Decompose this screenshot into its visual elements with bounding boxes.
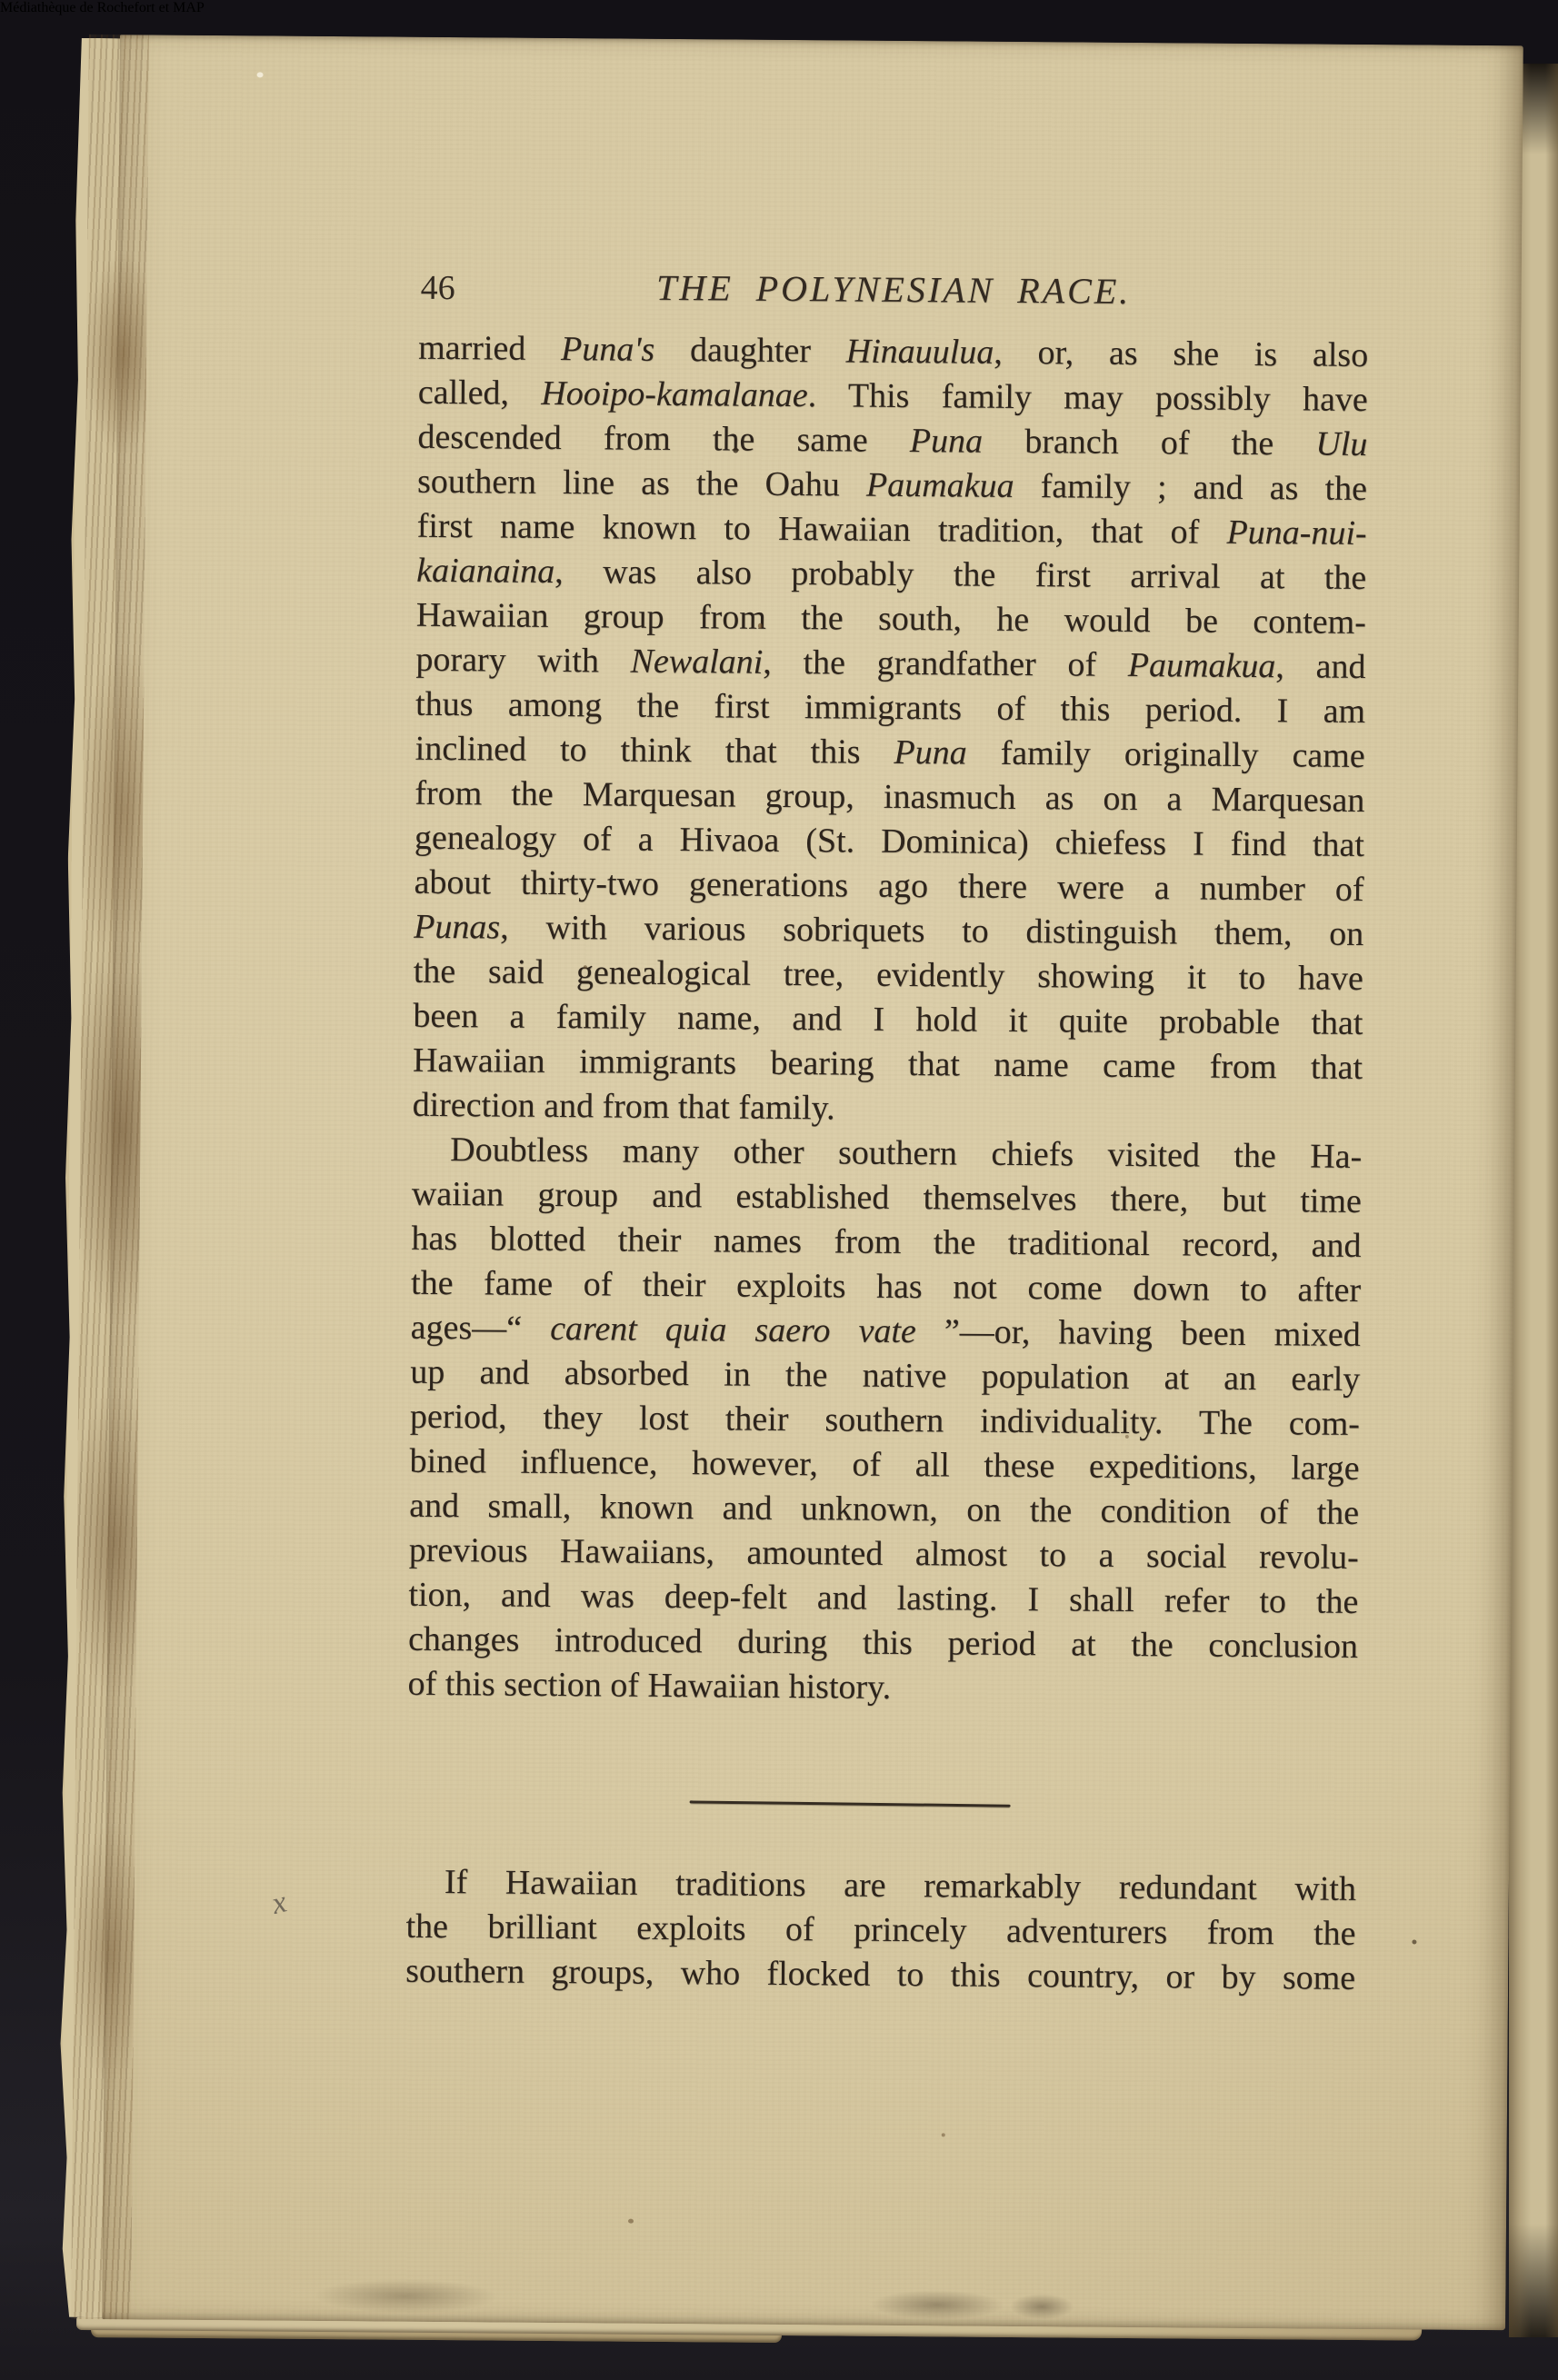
- text-line: and small, known and unknown, on the con…: [409, 1484, 1359, 1536]
- bottom-edge-smudge: [278, 2272, 533, 2321]
- text-line: Hawaiian group from the south, he would …: [416, 593, 1366, 645]
- italic-term: Ulu: [1315, 425, 1367, 463]
- paragraph: Doubtless many other southern chiefs vis…: [407, 1128, 1362, 1714]
- italic-term: Paumakua: [866, 466, 1014, 505]
- text-line: up and absorbed in the native population…: [410, 1350, 1360, 1402]
- text-line: southern line as the Oahu Paumakua famil…: [417, 460, 1367, 512]
- text-line: of this section of Hawaiian history.: [407, 1662, 1357, 1714]
- italic-term: Newalani: [630, 642, 763, 682]
- watermark: Médiathèque de Rochefort et MAP: [0, 0, 1558, 16]
- scan-background: 46 THE POLYNESIAN RACE. married Puna's d…: [0, 0, 1558, 2380]
- italic-term: Puna-nui-: [1226, 513, 1366, 553]
- text-line: the brilliant exploits of princely adven…: [405, 1905, 1355, 1957]
- text-line: Hawaiian immigrants bearing that name ca…: [413, 1039, 1363, 1090]
- text-line: descended from the same Puna branch of t…: [417, 415, 1367, 467]
- text-line: porary with Newalani, the grandfather of…: [415, 638, 1365, 690]
- text-line: thus among the first immigrants of this …: [415, 682, 1365, 734]
- text-line: inclined to think that this Puna family …: [415, 727, 1365, 779]
- text-line: bined influence, however, of all these e…: [409, 1439, 1359, 1491]
- foxing-speck: [758, 623, 763, 629]
- page-number: 46: [421, 268, 455, 308]
- text-line: the said genealogical tree, evidently sh…: [414, 950, 1363, 1001]
- text-line: called, Hooipo-kamalanae. This family ma…: [418, 371, 1368, 423]
- book-page: 46 THE POLYNESIAN RACE. married Puna's d…: [51, 35, 1523, 2330]
- text-line: direction and from that family.: [412, 1083, 1362, 1135]
- foxing-speck: [628, 2219, 634, 2224]
- running-title: THE POLYNESIAN RACE.: [419, 264, 1369, 315]
- paragraph: If Hawaiian traditions are remarkably re…: [405, 1860, 1356, 2001]
- foxing-speck: [1125, 1435, 1129, 1439]
- text-line: married Puna's daughter Hinauulua, or, a…: [418, 326, 1368, 378]
- text-line: If Hawaiian traditions are remarkably re…: [406, 1860, 1356, 1912]
- italic-term: kaianaina: [416, 552, 554, 591]
- foxing-speck: [942, 2133, 945, 2136]
- text-line: first name known to Hawaiian tradition, …: [416, 504, 1366, 556]
- italic-term: Puna: [910, 422, 984, 461]
- text-line: Punas, with various sobriquets to distin…: [414, 905, 1363, 957]
- italic-term: Hinauulua: [846, 332, 994, 371]
- paragraph: married Puna's daughter Hinauulua, or, a…: [412, 326, 1368, 1135]
- text-line: ages—“ carent quia saero vate ”—or, havi…: [411, 1306, 1361, 1358]
- italic-term: Hooipo-kamalanae: [541, 374, 808, 414]
- text-line: southern groups, who flocked to this cou…: [405, 1949, 1355, 2001]
- italic-term: Puna: [894, 733, 967, 772]
- italic-term: Punas: [414, 908, 500, 947]
- text-line: period, they lost their southern individ…: [410, 1395, 1360, 1447]
- text-line: Doubtless many other southern chiefs vis…: [412, 1128, 1362, 1180]
- foxing-speck: [1412, 1939, 1416, 1944]
- text-line: kaianaina, was also probably the first a…: [416, 549, 1366, 601]
- text-block: married Puna's daughter Hinauulua, or, a…: [405, 326, 1368, 2001]
- text-line: genealogy of a Hivaoa (St. Dominica) chi…: [414, 816, 1364, 868]
- text-line: waiian group and established themselves …: [412, 1172, 1362, 1224]
- text-line: changes introduced during this period at…: [408, 1618, 1358, 1669]
- text-line: tion, and was deep-felt and lasting. I s…: [408, 1573, 1358, 1625]
- text-line: has blotted their names from the traditi…: [411, 1217, 1361, 1269]
- text-line: the fame of their exploits has not come …: [411, 1261, 1361, 1313]
- foxing-speck: [584, 965, 587, 969]
- paper-fleck: [257, 72, 264, 77]
- bottom-edge-smudge: [996, 2288, 1087, 2325]
- text-line: about thirty-two generations ago there w…: [414, 861, 1363, 912]
- italic-term: Puna's: [561, 330, 654, 369]
- text-line: been a family name, and I hold it quite …: [413, 994, 1363, 1046]
- text-line: previous Hawaiians, amounted almost to a…: [409, 1529, 1359, 1580]
- italic-term: carent quia saero vate: [550, 1309, 916, 1350]
- italic-term: Paumakua: [1128, 646, 1276, 685]
- page-header: 46 THE POLYNESIAN RACE.: [419, 264, 1369, 315]
- foxing-speck: [733, 448, 738, 453]
- text-line: from the Marquesan group, inasmuch as on…: [414, 772, 1364, 823]
